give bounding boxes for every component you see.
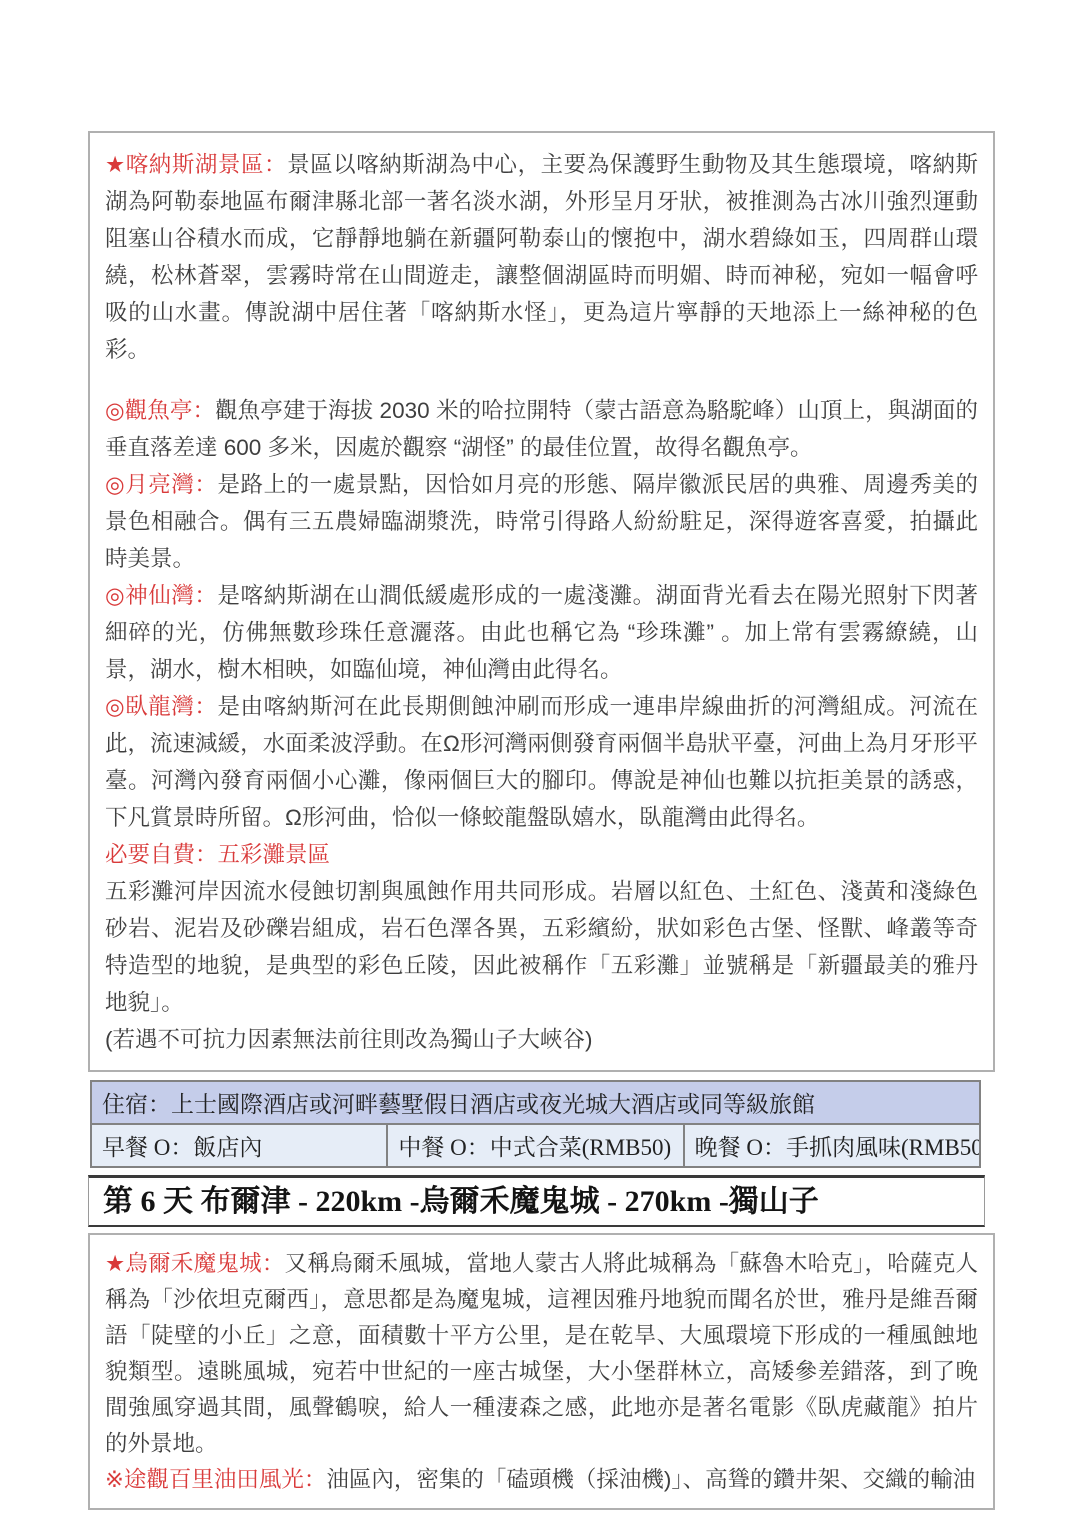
- oil-field-paragraph: ※途觀百里油田風光：油區內，密集的「磕頭機（採油機)」、高聳的鑽井架、交織的輸油: [105, 1462, 978, 1498]
- spot-moon-bay-text: 是路上的一處景點，因恰如月亮的形態、隔岸徽派民居的典雅、周邊秀美的景色相融合。偶…: [105, 472, 978, 571]
- scenic-spots-group: ◎觀魚亭：觀魚亭建于海拔 2030 米的哈拉開特（蒙古語意為駱駝峰）山頂上，與湖…: [105, 392, 978, 836]
- accommodation-cell: 住宿：上士國際酒店或河畔藝墅假日酒店或夜光城大酒店或同等級旅館: [91, 1081, 980, 1124]
- spot-guanyu-text: 觀魚亭建于海拔 2030 米的哈拉開特（蒙古語意為駱駝峰）山頂上，與湖面的垂直落…: [105, 398, 978, 460]
- spot-fairy-bay: ◎神仙灣：是喀納斯湖在山澗低緩處形成的一處淺灘。湖面背光看去在陽光照射下閃著細碎…: [105, 577, 978, 688]
- paid-attraction-heading: 必要自費：五彩灘景區: [105, 836, 978, 873]
- spot-guanyu-label: ◎觀魚亭：: [105, 398, 215, 423]
- oil-field-label: ※途觀百里油田風光：: [105, 1467, 326, 1492]
- spot-fairy-bay-text: 是喀納斯湖在山澗低緩處形成的一處淺灘。湖面背光看去在陽光照射下閃著細碎的光，仿佛…: [105, 583, 978, 682]
- meals-row: 早餐 O：飯店內 中餐 O：中式合菜(RMB50) 晚餐 O：手抓肉風味(RMB…: [91, 1124, 980, 1167]
- kanas-intro-label: ★喀納斯湖景區：: [105, 152, 287, 177]
- day6-header: 第 6 天 布爾津 - 220km -烏爾禾魔鬼城 - 270km -獨山子: [88, 1175, 985, 1227]
- spot-guanyu-pavilion: ◎觀魚亭：觀魚亭建于海拔 2030 米的哈拉開特（蒙古語意為駱駝峰）山頂上，與湖…: [105, 392, 978, 466]
- accommodation-row: 住宿：上士國際酒店或河畔藝墅假日酒店或夜光城大酒店或同等級旅館: [91, 1081, 980, 1124]
- spot-fairy-bay-label: ◎神仙灣：: [105, 583, 217, 608]
- wucai-beach-text: 五彩灘河岸因流水侵蝕切割與風蝕作用共同形成。岩層以紅色、土紅色、淺黃和淺綠色砂岩…: [105, 873, 978, 1021]
- ghost-city-paragraph: ★烏爾禾魔鬼城：又稱烏爾禾風城，當地人蒙古人將此城稱為「蘇魯木哈克」，哈薩克人稱…: [105, 1246, 978, 1462]
- hotel-meal-table: 住宿：上士國際酒店或河畔藝墅假日酒店或夜光城大酒店或同等級旅館 早餐 O：飯店內…: [90, 1080, 981, 1168]
- kanas-intro-text: 景區以喀納斯湖為中心，主要為保護野生動物及其生態環境，喀納斯湖為阿勒泰地區布爾津…: [105, 152, 978, 362]
- itinerary-document: ★喀納斯湖景區：景區以喀納斯湖為中心，主要為保護野生動物及其生態環境，喀納斯湖為…: [88, 131, 995, 1510]
- dinner-cell: 晚餐 O：手抓肉風味(RMB50): [684, 1124, 980, 1167]
- oil-field-text: 油區內，密集的「磕頭機（採油機)」、高聳的鑽井架、交織的輸油: [326, 1467, 975, 1492]
- day6-section: ★烏爾禾魔鬼城：又稱烏爾禾風城，當地人蒙古人將此城稱為「蘇魯木哈克」，哈薩克人稱…: [88, 1233, 995, 1510]
- ghost-city-label: ★烏爾禾魔鬼城：: [105, 1251, 285, 1276]
- kanas-lake-section: ★喀納斯湖景區：景區以喀納斯湖為中心，主要為保護野生動物及其生態環境，喀納斯湖為…: [88, 131, 995, 1072]
- spot-wolong-bay-text: 是由喀納斯河在此長期側蝕沖刷而形成一連串岸線曲折的河灣組成。河流在此，流速減緩，…: [105, 694, 978, 830]
- breakfast-cell: 早餐 O：飯店內: [91, 1124, 387, 1167]
- spot-moon-bay: ◎月亮灣：是路上的一處景點，因恰如月亮的形態、隔岸徽派民居的典雅、周邊秀美的景色…: [105, 466, 978, 577]
- wucai-beach-note: (若遇不可抗力因素無法前往則改為獨山子大峽谷): [105, 1021, 978, 1058]
- spot-moon-bay-label: ◎月亮灣：: [105, 472, 217, 497]
- lunch-cell: 中餐 O：中式合菜(RMB50): [387, 1124, 683, 1167]
- spot-wolong-bay-label: ◎臥龍灣：: [105, 694, 217, 719]
- ghost-city-text: 又稱烏爾禾風城，當地人蒙古人將此城稱為「蘇魯木哈克」，哈薩克人稱為「沙依坦克爾西…: [105, 1251, 978, 1456]
- spot-wolong-bay: ◎臥龍灣：是由喀納斯河在此長期側蝕沖刷而形成一連串岸線曲折的河灣組成。河流在此，…: [105, 688, 978, 836]
- kanas-intro-paragraph: ★喀納斯湖景區：景區以喀納斯湖為中心，主要為保護野生動物及其生態環境，喀納斯湖為…: [105, 146, 978, 368]
